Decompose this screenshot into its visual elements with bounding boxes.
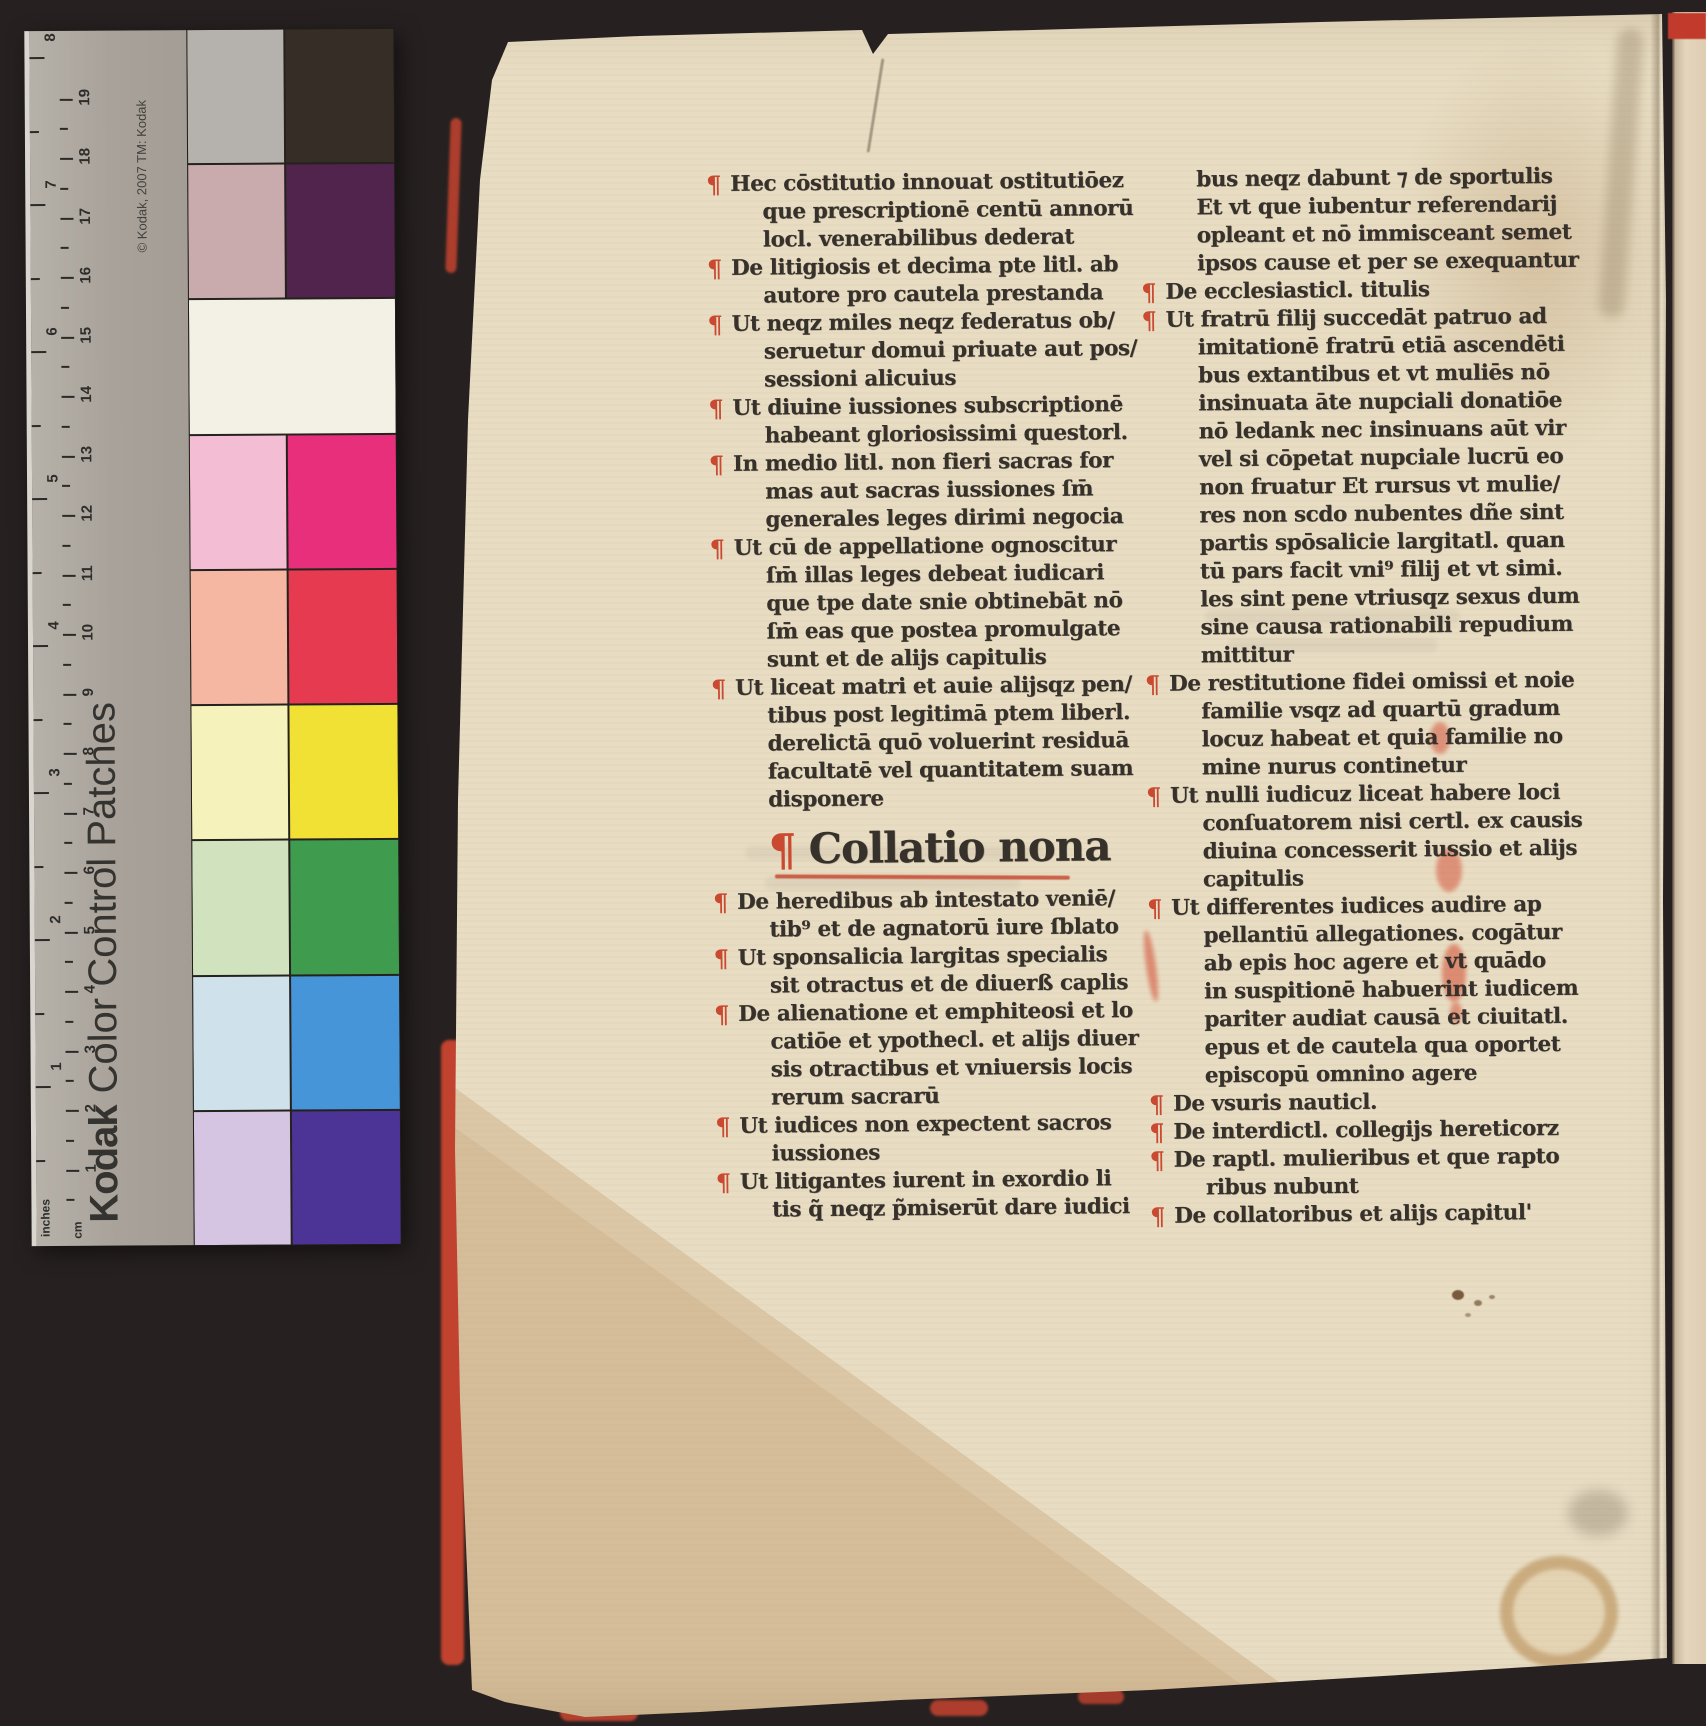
pilcrow-mark: ¶ (1141, 307, 1156, 335)
text-line: tis q̃ neqz p̃miserūt dare iudici (716, 1193, 1116, 1225)
text-line: catiōe et ypothecl. et alijs diuer (714, 1025, 1114, 1057)
patch-white (189, 299, 396, 433)
patch-green-dark (290, 840, 399, 974)
patch-row-black (187, 29, 394, 165)
text-line: mine nurus continetur (1146, 751, 1586, 783)
hairline-mark (867, 58, 885, 152)
text-line: ¶Ut differentes iudices audire ap (1147, 891, 1587, 923)
text-line: ¶De alienatione et emphiteosi et lo (714, 997, 1114, 1029)
red-ink-smudge (1442, 944, 1466, 1002)
patch-row-white (189, 299, 396, 435)
patch-rows (187, 29, 400, 1245)
pilcrow-mark: ¶ (706, 171, 721, 199)
pilcrow-mark: ¶ (1147, 895, 1162, 923)
red-ink-smudge (1430, 722, 1450, 754)
text-line: que prescriptionē centū annorū (706, 195, 1106, 227)
heading-underline (775, 874, 1070, 879)
patch-row-magenta (190, 435, 397, 571)
text-line: capitulis (1147, 863, 1587, 895)
patch-cyan-light (193, 976, 290, 1110)
pilcrow-mark: ¶ (1145, 671, 1160, 699)
text-line: ipsos cause et per se exequantur (1141, 247, 1581, 279)
text-line: Et vt que iubentur referendarij (1140, 191, 1580, 223)
text-line: sis otractibus et vniuersis locis (715, 1053, 1115, 1085)
right-column: bus neqz dabunt ⁊ de sportulisEt vt que … (1140, 163, 1590, 1231)
text-line: derelictā quō voluerint residuā (711, 727, 1111, 759)
patch-3color-light (188, 165, 285, 299)
patch-row-cyan (193, 975, 400, 1111)
text-line: episcopū omnino agere (1149, 1059, 1589, 1091)
patch-row-yellow (191, 705, 398, 841)
text-line: ab epis hoc agere et vt quādo (1148, 947, 1588, 979)
adjacent-leaf-edge (1672, 12, 1706, 1664)
patch-yellow-light (191, 706, 288, 840)
text-line: generales leges dirimi negocia (709, 503, 1109, 535)
text-line: ¶De interdictl. collegijs hereticorz (1149, 1115, 1589, 1147)
text-line: iussiones (715, 1137, 1115, 1169)
pilcrow-mark: ¶ (711, 675, 726, 703)
patch-blue-light (194, 1111, 291, 1245)
text-line: vel si cōpetat nupciale lucrū eo (1143, 443, 1583, 475)
text-line: ¶De ecclesiasticl. titulis (1141, 275, 1581, 307)
patch-labels: Black3/ColorWhiteMagentaRedYellowGreenCy… (29, 30, 196, 1246)
text-line: sine causa rationabili repudium (1144, 611, 1584, 643)
kodak-color-card: inches cm 123456789101112131415161718191… (24, 29, 400, 1246)
text-line: mittitur (1145, 639, 1585, 671)
pilcrow-mark: ¶ (1146, 783, 1161, 811)
text-line: epus et de cautela qua oportet (1148, 1031, 1588, 1063)
show-through-line (765, 876, 1020, 890)
text-line: ¶Ut sponsalicia largitas specialis (714, 941, 1114, 973)
show-through-line (1205, 610, 1460, 624)
patch-magenta-light (190, 435, 287, 569)
text-line: ¶Ut iudices non expectent sacros (715, 1109, 1115, 1141)
text-line: locuz habeat et quia familie no (1145, 723, 1585, 755)
text-line: ſm̄ eas que postea promulgate (710, 615, 1110, 647)
text-line: bus extantibus et vt muliēs nō (1142, 359, 1582, 391)
patch-magenta-dark (288, 435, 397, 569)
text-line: in suspitionē habuerint iudicem (1148, 975, 1588, 1007)
pilcrow-mark: ¶ (714, 1001, 729, 1029)
text-line: ribus nubunt (1150, 1171, 1590, 1203)
pilcrow-mark: ¶ (713, 889, 728, 917)
text-line: pariter audiat causā et ciuitatl. (1148, 1003, 1588, 1035)
pilcrow-mark: ¶ (715, 1113, 730, 1141)
stain-streak (1598, 27, 1644, 318)
text-line: non fruatur Et rursus vt mulie/ (1143, 471, 1583, 503)
text-line: ¶Ut fratrū filij succedāt patruo ad (1141, 303, 1581, 335)
patch-blue-dark (292, 1111, 401, 1245)
text-line: ¶Hec cōstitutio innouat ostitutiōez (706, 167, 1106, 199)
pilcrow-mark: ¶ (1149, 1091, 1164, 1119)
pilcrow-mark: ¶ (707, 255, 722, 283)
red-edge-top-right (1668, 13, 1706, 39)
text-line: ¶De heredibus ab intestato veniē/ (713, 885, 1113, 917)
section-heading: ¶ Collatio nona (712, 811, 1113, 889)
text-line: insinuata āte nupciali donatiōe (1142, 387, 1582, 419)
red-fore-edge-left-top (445, 118, 461, 273)
text-line: facultatē vel quantitatem suam (712, 755, 1112, 787)
patch-black-light (187, 30, 284, 164)
text-line: ¶De restitutione fidei omissi et noie (1145, 667, 1585, 699)
text-line: ¶Ut nulli iudicuz liceat habere loci (1146, 779, 1586, 811)
text-line: ¶Ut neqz miles neqz federatus ob/ (707, 307, 1107, 339)
pilcrow-mark: ¶ (709, 451, 724, 479)
text-line: diuina concesserit iussio et alijs (1147, 835, 1587, 867)
fox-spots (1452, 1290, 1464, 1300)
patch-row-red (191, 570, 398, 706)
patch-cyan-dark (291, 975, 400, 1109)
text-line: rerum sacrarū (715, 1081, 1115, 1113)
text-line: imitationē fratrū etiā ascendēti (1142, 331, 1582, 363)
text-line: les sint pene vtriusqz sexus dum (1144, 583, 1584, 615)
patch-3color-dark (286, 164, 395, 298)
text-line: partis spōsalicie largitatl. quan (1144, 527, 1584, 559)
pilcrow-mark: ¶ (708, 395, 723, 423)
text-line: res non scdo nubentes dñe sint (1143, 499, 1583, 531)
show-through-line (1228, 638, 1438, 652)
red-ink-smudge (1450, 1002, 1462, 1024)
text-line: disponere (712, 783, 1112, 815)
text-line: mas aut sacras iussiones ſm̄ (709, 475, 1109, 507)
text-line: locl. venerabilibus dederat (707, 223, 1107, 255)
patch-row-blue (194, 1111, 401, 1245)
text-line: ¶De litigiosis et decima pte litl. ab (707, 251, 1107, 283)
page-crease (1650, 12, 1668, 1664)
show-through-line (745, 846, 1045, 860)
patch-row-green (192, 840, 399, 976)
patch-red-light (191, 570, 288, 704)
text-line: ſm̄ illas leges debeat iudicari (710, 559, 1110, 591)
text-line: pellantiū allegationes. cogātur (1147, 919, 1587, 951)
pilcrow-mark: ¶ (707, 311, 722, 339)
text-line: ¶Ut liceat matri et auie alijsqz pen/ (711, 671, 1111, 703)
text-line: sunt et de alijs capitulis (711, 643, 1111, 675)
text-line: ¶De raptl. mulieribus et que rapto (1149, 1143, 1589, 1175)
text-line: ¶In medio litl. non fieri sacras for (709, 447, 1109, 479)
text-line: ¶De vsuris nauticl. (1149, 1087, 1589, 1119)
pilcrow-mark: ¶ (714, 945, 729, 973)
left-lines-bottom: ¶De heredibus ab intestato veniē/tib⁹ et… (713, 885, 1116, 1225)
pilcrow-mark: ¶ (1150, 1203, 1165, 1231)
text-line: familie vsqz ad quartū gradum (1145, 695, 1585, 727)
text-line: habeant gloriosissimi questorl. (709, 419, 1109, 451)
text-line: sessioni alicuius (708, 363, 1108, 395)
patch-row-3color (188, 164, 395, 300)
text-line: autore pro cautela prestanda (707, 279, 1107, 311)
patch-red-dark (289, 570, 398, 704)
text-line: que tpe date snie obtinebāt nō (710, 587, 1110, 619)
pilcrow-mark: ¶ (716, 1169, 731, 1197)
pilcrow-mark: ¶ (768, 816, 796, 886)
pilcrow-mark: ¶ (1149, 1119, 1164, 1147)
text-line: nō ledank nec insinuans aūt vir (1143, 415, 1583, 447)
text-line: ¶Ut cū de appellatione ognoscitur (710, 531, 1110, 563)
text-line: bus neqz dabunt ⁊ de sportulis (1140, 163, 1580, 195)
text-line: tib⁹ et de agnatorū iure ſblato (713, 913, 1113, 945)
ring-stain (1500, 1556, 1618, 1668)
pilcrow-mark: ¶ (1141, 279, 1156, 307)
patch-green-light (192, 841, 289, 975)
left-column: ¶Hec cōstitutio innouat ostitutiōezque p… (706, 167, 1116, 1225)
patch-yellow-dark (289, 705, 398, 839)
water-stain-top-right (1392, 36, 1682, 466)
pilcrow-mark: ¶ (1149, 1147, 1164, 1175)
heading-text: Collatio nona (808, 821, 1110, 873)
left-lines-top: ¶Hec cōstitutio innouat ostitutiōezque p… (706, 167, 1112, 815)
text-line: sit otractus et de diuerß caplis (714, 969, 1114, 1001)
text-line: tū pars facit vni⁹ filij et vt simi. (1144, 555, 1584, 587)
text-line: ¶Ut diuine iussiones subscriptionē (708, 391, 1108, 423)
text-line: ¶Ut litigantes iurent in exordio li (716, 1165, 1116, 1197)
red-fore-edge-bottom-2 (930, 1700, 988, 1716)
patch-black-dark (285, 29, 394, 163)
text-line: conſuatorem nisi certl. ex causis (1146, 807, 1586, 839)
red-ink-smudge (1141, 930, 1161, 1003)
digitized-book-photo: { "scene": { "background_color": "#26212… (0, 0, 1706, 1726)
text-line: seruetur domui priuate aut pos/ (708, 335, 1108, 367)
text-line: tibus post legitimā ptem liberl. (711, 699, 1111, 731)
smudge-stain (1568, 1490, 1628, 1536)
pilcrow-mark: ¶ (710, 535, 725, 563)
stage: inches cm 123456789101112131415161718191… (0, 0, 1706, 1726)
text-line: ¶De collatoribus et alijs capitul' (1150, 1199, 1590, 1231)
text-line: opleant et nō immisceant semet (1141, 219, 1581, 251)
red-ink-smudge (1436, 848, 1462, 892)
